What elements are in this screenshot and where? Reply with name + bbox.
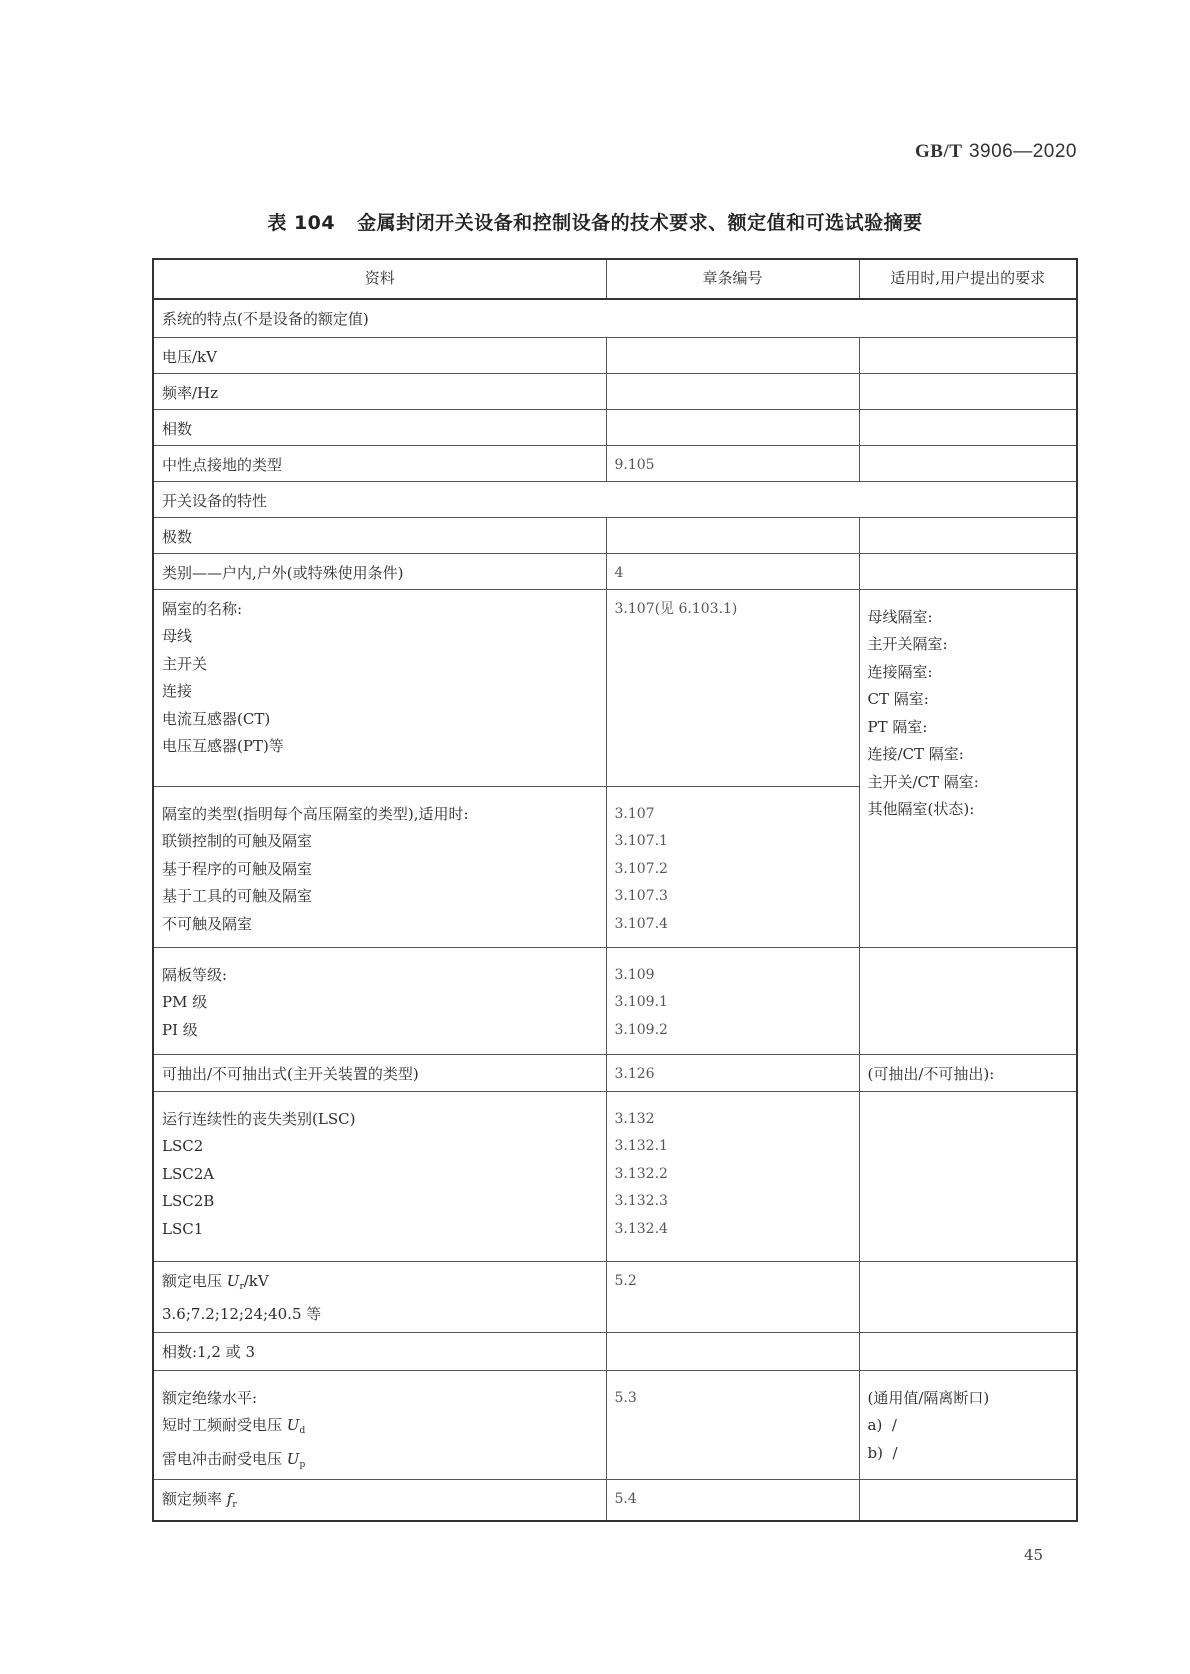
subscript: p	[299, 1460, 305, 1470]
line: PT 隔室:	[868, 714, 1069, 742]
table-row-phase-count: 相数:1,2 或 3	[153, 1332, 1077, 1370]
table-row-rated-frequency: 额定频率 fr 5.4	[153, 1480, 1077, 1521]
line: 隔室的类型(指明每个高压隔室的类型),适用时:	[162, 801, 598, 829]
section-row-system: 系统的特点(不是设备的额定值)	[153, 299, 1077, 337]
table-row-withdrawable: 可抽出/不可抽出式(主开关装置的类型) 3.126 (可抽出/不可抽出):	[153, 1054, 1077, 1091]
line: 其他隔室(状态):	[868, 796, 1069, 824]
line: PM 级	[162, 989, 598, 1017]
line: 3.107.2	[615, 856, 851, 884]
line: 3.107	[615, 801, 851, 829]
line: 运行连续性的丧失类别(LSC)	[162, 1106, 598, 1134]
text: 雷电冲击耐受电压	[162, 1450, 287, 1468]
line: 母线隔室:	[868, 604, 1069, 632]
table-number: 表 104	[267, 212, 335, 234]
table-row: 极数	[153, 517, 1077, 553]
row-clause: 3.107(见 6.103.1)	[606, 589, 859, 786]
row-label-multiline: 隔室的名称: 母线 主开关 连接 电流互感器(CT) 电压互感器(PT)等	[153, 589, 606, 786]
table-row: 中性点接地的类型 9.105	[153, 445, 1077, 481]
row-label-multiline: 隔板等级: PM 级 PI 级	[153, 947, 606, 1054]
row-label-multiline: 额定电压 Ur/kV 3.6;7.2;12;24;40.5 等	[153, 1261, 606, 1332]
row-label: 额定频率 fr	[153, 1480, 606, 1521]
symbol: U	[287, 1450, 300, 1468]
line: LSC2A	[162, 1161, 598, 1189]
section-label: 开关设备的特性	[153, 481, 1077, 517]
standard-prefix: GB/T	[915, 141, 962, 162]
line: LSC1	[162, 1216, 598, 1244]
line: 不可触及隔室	[162, 911, 598, 939]
row-clauses-multiline: 3.109 3.109.1 3.109.2	[606, 947, 859, 1054]
column-header-clause: 章条编号	[606, 259, 859, 299]
row-label-multiline: 运行连续性的丧失类别(LSC) LSC2 LSC2A LSC2B LSC1	[153, 1091, 606, 1261]
table-row: 相数	[153, 409, 1077, 445]
line: 连接/CT 隔室:	[868, 741, 1069, 769]
line: 3.107.3	[615, 883, 851, 911]
table-row: 电压/kV	[153, 337, 1077, 373]
text: 短时工频耐受电压	[162, 1416, 287, 1434]
table-row-partition-class: 隔板等级: PM 级 PI 级 3.109 3.109.1 3.109.2	[153, 947, 1077, 1054]
column-header-info: 资料	[153, 259, 606, 299]
line: 隔室的名称:	[162, 596, 598, 624]
spec-table: 资料 章条编号 适用时,用户提出的要求 系统的特点(不是设备的额定值) 电压/k…	[152, 258, 1078, 1522]
row-clause: 5.3	[606, 1370, 859, 1480]
line: 母线	[162, 623, 598, 651]
row-clauses-multiline: 3.107 3.107.1 3.107.2 3.107.3 3.107.4	[606, 786, 859, 947]
line: 隔板等级:	[162, 962, 598, 990]
line: 3.109.1	[615, 989, 851, 1017]
symbol: U	[287, 1416, 300, 1434]
row-user-requirement	[859, 1261, 1077, 1332]
row-label: 相数	[153, 409, 606, 445]
row-user-requirement	[859, 947, 1077, 1054]
line: 3.109	[615, 962, 851, 990]
line: 联锁控制的可触及隔室	[162, 828, 598, 856]
line: 3.132.2	[615, 1161, 851, 1189]
line: 3.132.1	[615, 1133, 851, 1161]
line: 额定电压 Ur/kV	[162, 1268, 598, 1302]
standard-number: 3906—2020	[969, 141, 1077, 162]
row-clause: 9.105	[606, 445, 859, 481]
row-user-requirement	[859, 409, 1077, 445]
section-row-switchgear: 开关设备的特性	[153, 481, 1077, 517]
row-clauses-multiline: 3.132 3.132.1 3.132.2 3.132.3 3.132.4	[606, 1091, 859, 1261]
row-user-requirement	[859, 553, 1077, 589]
row-user-requirement	[859, 517, 1077, 553]
row-user-requirement	[859, 373, 1077, 409]
line: 3.132.4	[615, 1216, 851, 1244]
row-clause: 3.126	[606, 1054, 859, 1091]
line: 电流互感器(CT)	[162, 706, 598, 734]
table-title: 表 104金属封闭开关设备和控制设备的技术要求、额定值和可选试验摘要	[0, 208, 1190, 235]
line: 3.107.1	[615, 828, 851, 856]
row-label: 电压/kV	[153, 337, 606, 373]
row-label: 相数:1,2 或 3	[153, 1332, 606, 1370]
section-label: 系统的特点(不是设备的额定值)	[153, 299, 1077, 337]
row-user-requirement	[859, 1332, 1077, 1370]
line: PI 级	[162, 1017, 598, 1045]
row-user-requirement	[859, 1480, 1077, 1521]
row-label: 频率/Hz	[153, 373, 606, 409]
line: 基于程序的可触及隔室	[162, 856, 598, 884]
line: 雷电冲击耐受电压 Up	[162, 1446, 598, 1480]
line: 主开关/CT 隔室:	[868, 769, 1069, 797]
line: 3.6;7.2;12;24;40.5 等	[162, 1301, 598, 1329]
line: 基于工具的可触及隔室	[162, 883, 598, 911]
row-label-multiline: 额定绝缘水平: 短时工频耐受电压 Ud 雷电冲击耐受电压 Up	[153, 1370, 606, 1480]
line: LSC2B	[162, 1188, 598, 1216]
line: 3.109.2	[615, 1017, 851, 1045]
row-user-requirement-multiline: (通用值/隔离断口) a) / b) /	[859, 1370, 1077, 1480]
line: 3.132	[615, 1106, 851, 1134]
table-row: 类别——户内,户外(或特殊使用条件) 4	[153, 553, 1077, 589]
symbol: U	[227, 1272, 240, 1290]
row-clause	[606, 1332, 859, 1370]
line: (通用值/隔离断口)	[868, 1385, 1069, 1413]
text: /kV	[244, 1272, 269, 1290]
subscript: r	[232, 1500, 236, 1510]
compartment-user-requirements: 母线隔室: 主开关隔室: 连接隔室: CT 隔室: PT 隔室: 连接/CT 隔…	[859, 589, 1077, 947]
table-row-rated-voltage: 额定电压 Ur/kV 3.6;7.2;12;24;40.5 等 5.2	[153, 1261, 1077, 1332]
page-number: 45	[1024, 1546, 1043, 1564]
column-header-user-requirement: 适用时,用户提出的要求	[859, 259, 1077, 299]
row-user-requirement	[859, 1091, 1077, 1261]
text: 额定电压	[162, 1272, 227, 1290]
line: 短时工频耐受电压 Ud	[162, 1412, 598, 1446]
line: 连接隔室:	[868, 659, 1069, 687]
row-label: 类别——户内,户外(或特殊使用条件)	[153, 553, 606, 589]
table-title-text: 金属封闭开关设备和控制设备的技术要求、额定值和可选试验摘要	[357, 212, 923, 234]
row-user-requirement: (可抽出/不可抽出):	[859, 1054, 1077, 1091]
table-row-lsc: 运行连续性的丧失类别(LSC) LSC2 LSC2A LSC2B LSC1 3.…	[153, 1091, 1077, 1261]
row-user-requirement	[859, 445, 1077, 481]
row-label-multiline: 隔室的类型(指明每个高压隔室的类型),适用时: 联锁控制的可触及隔室 基于程序的…	[153, 786, 606, 947]
line: CT 隔室:	[868, 686, 1069, 714]
row-clause	[606, 337, 859, 373]
line: LSC2	[162, 1133, 598, 1161]
table-row-insulation: 额定绝缘水平: 短时工频耐受电压 Ud 雷电冲击耐受电压 Up 5.3 (通用值…	[153, 1370, 1077, 1480]
row-label: 中性点接地的类型	[153, 445, 606, 481]
row-clause	[606, 517, 859, 553]
line: 主开关隔室:	[868, 631, 1069, 659]
text: 额定频率	[162, 1490, 227, 1508]
row-label: 可抽出/不可抽出式(主开关装置的类型)	[153, 1054, 606, 1091]
standard-code: GB/T 3906—2020	[915, 140, 1077, 163]
line: 连接	[162, 678, 598, 706]
line: 3.132.3	[615, 1188, 851, 1216]
row-clause	[606, 409, 859, 445]
row-user-requirement	[859, 337, 1077, 373]
line: b) /	[868, 1440, 1069, 1468]
row-clause: 4	[606, 553, 859, 589]
line: 主开关	[162, 651, 598, 679]
row-clause: 5.4	[606, 1480, 859, 1521]
row-label: 极数	[153, 517, 606, 553]
table-row-compartment-names: 隔室的名称: 母线 主开关 连接 电流互感器(CT) 电压互感器(PT)等 3.…	[153, 589, 1077, 786]
line: 3.107.4	[615, 911, 851, 939]
line: 额定绝缘水平:	[162, 1385, 598, 1413]
row-clause: 5.2	[606, 1261, 859, 1332]
table-row: 频率/Hz	[153, 373, 1077, 409]
row-clause	[606, 373, 859, 409]
line: a) /	[868, 1412, 1069, 1440]
table-header-row: 资料 章条编号 适用时,用户提出的要求	[153, 259, 1077, 299]
line: 电压互感器(PT)等	[162, 733, 598, 761]
subscript: d	[299, 1426, 305, 1436]
